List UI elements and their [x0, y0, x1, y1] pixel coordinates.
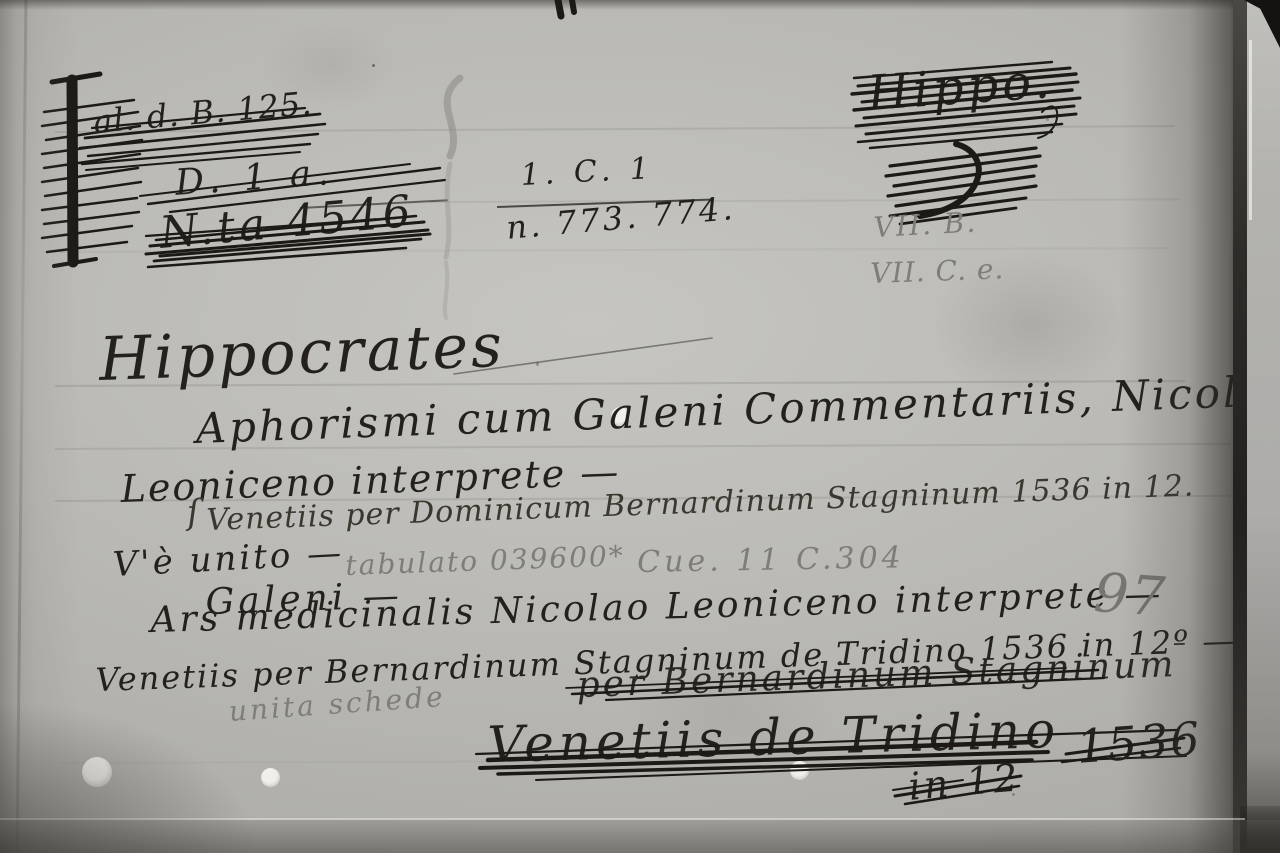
bottom-card-edge-line — [0, 818, 1245, 820]
card-heading: Hippocrates — [98, 316, 506, 390]
pencil-classification-1: VII. B. — [873, 209, 978, 242]
left-crease — [16, 0, 28, 853]
strike-lines — [1062, 718, 1192, 778]
catalog-card-photo: al. d. B. 125. D. 1 a. N.ta 4546 1. C. 1… — [0, 0, 1280, 853]
strike-lines — [893, 762, 1033, 814]
punch-hole — [261, 768, 280, 787]
pencil-smudge — [420, 72, 490, 324]
bottom-left-shadow — [0, 700, 260, 853]
entry1-pencil-inventory: tabulato 039600* — [345, 542, 625, 580]
ink-speck — [372, 64, 375, 67]
pencil-page-number: 97 — [1092, 566, 1168, 625]
next-card-strip — [1247, 0, 1280, 853]
entry1-pencil-location: Cue. 11 C.304 — [637, 543, 905, 578]
entry1-attached-note: V'è unito — — [112, 536, 345, 582]
ruled-line — [430, 198, 1180, 202]
top-paper-edge — [0, 0, 1280, 10]
top-edge-ink-mark — [548, 0, 588, 22]
heading-flourish — [450, 330, 720, 380]
next-card-highlight — [1249, 40, 1252, 220]
bottom-right-dark-corner — [1240, 806, 1280, 853]
top-right-dark-corner — [1236, 0, 1280, 48]
imprint-lead-flourish: ſ — [186, 495, 200, 530]
strike-hatch — [146, 206, 441, 274]
pencil-classification-2: VII. C. e. — [870, 255, 1005, 288]
class-mark: 1. C. 1 — [520, 154, 655, 191]
bottom-paper-band — [0, 820, 1280, 853]
card-stack-divider — [1233, 0, 1247, 853]
punch-hole — [82, 757, 112, 787]
